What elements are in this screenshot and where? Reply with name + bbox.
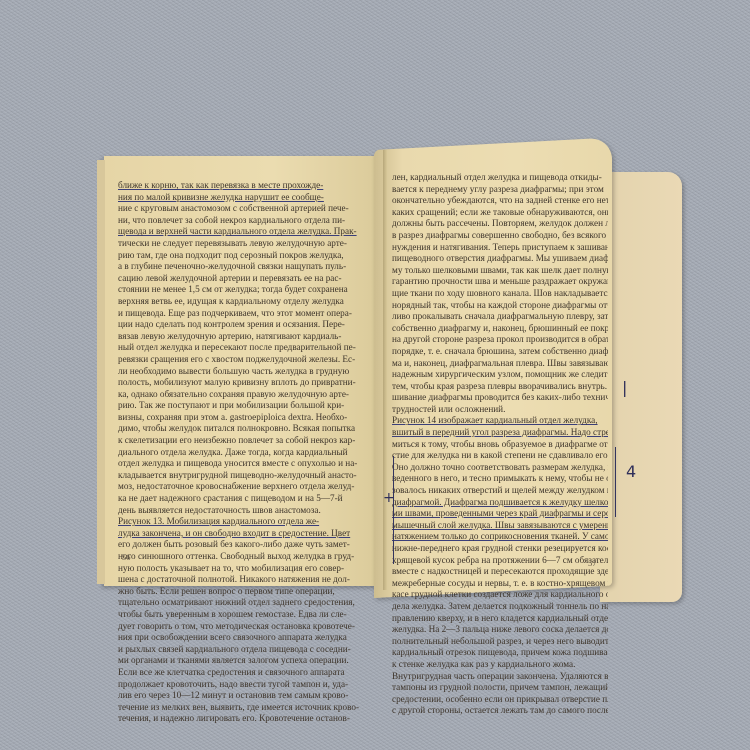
text-line: Рисунок 14 изображает кардиальный отдел … — [392, 415, 608, 427]
book-spine — [383, 150, 387, 590]
text-line: моз, недостаточное кровоснабжение верхне… — [118, 481, 380, 493]
text-line: ливо прокалывать сначала диафрагмальную … — [392, 311, 608, 323]
text-line: визны, сохраняя при этом a. gastroepiplo… — [118, 412, 380, 424]
text-line: ный отдел желудка и пересекают после пре… — [118, 342, 380, 354]
text-line: вязав левую желудочную артерию, натягива… — [118, 331, 380, 343]
text-line: ми швами, проведенными через край диафра… — [392, 508, 608, 520]
text-line: кардиальный отрезок пищевода, причем кож… — [392, 647, 608, 659]
text-line: му только шелковыми швами, так как шелк … — [392, 265, 608, 277]
text-line: в разрез диафрагмы совершенно свободно, … — [392, 230, 608, 242]
text-line: желудка. На 2—3 пальца ниже левого соска… — [392, 624, 608, 636]
text-line: собственно диафрагму и, наконец, брюшинн… — [392, 323, 608, 335]
text-line: миться к тому, чтобы вновь образуемое в … — [392, 439, 608, 451]
text-line: надежным хирургическим узлом, помощник ж… — [392, 369, 608, 381]
text-line: димо, чтобы желудок питался полнокровно.… — [118, 423, 380, 435]
text-line: Рисунок 13. Мобилизация кардиального отд… — [118, 516, 380, 528]
margin-plus-mark: + — [383, 490, 395, 506]
text-line: и рыхлых связей кардиального отдела пище… — [118, 644, 380, 656]
text-line: а в глубине печеночно-желудочной связки … — [118, 261, 380, 273]
text-line: ревязки сращения его с хвостом поджелудо… — [118, 354, 380, 366]
text-line: мышечный слой желудка. Швы завязываются … — [392, 520, 608, 532]
text-line: межреберные сосуды и нервы, т. е. в кост… — [392, 578, 608, 590]
text-line: касе грудной клетки создается ложе для к… — [392, 589, 608, 601]
text-line: тически не следует перевязывать левую же… — [118, 238, 380, 250]
text-line: норядный так, чтобы на каждой стороне ди… — [392, 300, 608, 312]
text-line: хрящевой кусок ребра на протяжении 6—7 с… — [392, 555, 608, 567]
text-line: щевода и верхней части кардиального отде… — [118, 226, 380, 238]
text-line: течения, и надежно лигировать его. Крово… — [118, 713, 380, 725]
text-line: веденного в него, и тесно примыкать к не… — [392, 473, 608, 485]
page-number-right: 57 — [588, 558, 597, 568]
text-line: жно быть. Если решен вопрос о первом тип… — [118, 586, 380, 598]
text-line: пищеводного отверстия диафрагмы. Мы ушив… — [392, 253, 608, 265]
text-line: отдел желудка и пищевода уносится вместе… — [118, 458, 380, 470]
text-line: полость, мобилизуют малую кривизну вплот… — [118, 377, 380, 389]
text-line: порядке, т. е. сначала брюшина, затем со… — [392, 346, 608, 358]
text-line: ли необходимо вывести большую часть желу… — [118, 366, 380, 378]
text-line: верхняя ветвь ее, идущая к кардиальному … — [118, 296, 380, 308]
text-line: продолжает кровоточить, надо ввести туго… — [118, 679, 380, 691]
text-line: стие для желудка ни в какой степени не с… — [392, 450, 608, 462]
text-line: чтобы быть уверенным в хорошем гемостазе… — [118, 609, 380, 621]
text-line: ную полость указывает на то, что мобилиз… — [118, 563, 380, 575]
text-line: к стенке желудка как раз у кардиального … — [392, 659, 608, 671]
text-line: дует говорить о том, что методическая ос… — [118, 621, 380, 633]
text-line: полнительный небольшой разрез, и через н… — [392, 636, 608, 648]
text-line: шена с достаточной полнотой. Никакого на… — [118, 574, 380, 586]
text-line: на другой стороне разреза прокол произво… — [392, 334, 608, 346]
text-line: и пищевода. Еще раз подчеркиваем, что эт… — [118, 308, 380, 320]
text-line: натяжением только до соприкосновения тка… — [392, 531, 608, 543]
text-line: диафрагмой. Диафрагма подшивается к желу… — [392, 497, 608, 509]
text-line: стоянии не менее 1,5 см от желудка; тогд… — [118, 284, 380, 296]
text-line: диального отдела желудка. Даже тогда, ко… — [118, 447, 380, 459]
text-line: ми органами и тканями является залогом у… — [118, 655, 380, 667]
text-line: средостении, особенно если он прикрывал … — [392, 694, 608, 706]
text-line: ции надо сделать под контролем зрения и … — [118, 319, 380, 331]
text-line: дела желудка. Затем делается подкожный т… — [392, 601, 608, 613]
text-line: ния по малой кривизне желудка нарушит ее… — [118, 192, 380, 204]
text-line: ние с круговым анастомозом с собственной… — [118, 203, 380, 215]
text-line: правлению кверху, и в него кладется кард… — [392, 613, 608, 625]
text-line: трудностей или осложнений. — [392, 404, 608, 416]
left-page-text: ближе к корню, так как перевязка в месте… — [118, 180, 380, 725]
text-line: вместе с надкостницей и пересекаются про… — [392, 566, 608, 578]
text-line: к скелетизации его неизбежно повлечет за… — [118, 435, 380, 447]
text-line: тампоны из грудной полости, причем тампо… — [392, 682, 608, 694]
text-line: течение из мелких вен, выявить, где имее… — [118, 702, 380, 714]
margin-number-mark: 4 — [626, 462, 636, 481]
text-line: с другой стороны, остается лежать там до… — [392, 705, 608, 717]
text-line: Внутригрудная часть операции закончена. … — [392, 671, 608, 683]
margin-bracket-right — [615, 447, 618, 517]
text-line: зовалось никаких отверстий и щелей между… — [392, 485, 608, 497]
text-line: лен, кардиальный отдел желудка и пищевод… — [392, 172, 608, 184]
margin-tick-mark: | — [622, 378, 627, 397]
text-line: кладывается внутригрудной пищеводно-желу… — [118, 470, 380, 482]
text-line: гарантию прочности шва и меньше раздража… — [392, 276, 608, 288]
text-line: нижне-переднего края грудной стенки резе… — [392, 543, 608, 555]
text-line: рию там, где она подходит под серозный п… — [118, 250, 380, 262]
text-line: Если все же клетчатка средостения и связ… — [118, 667, 380, 679]
text-line: рию. Так же поступают и при мобилизации … — [118, 400, 380, 412]
text-line: лив его через 10—12 минут и остановив те… — [118, 690, 380, 702]
text-line: нуждения и натягивания. Теперь приступае… — [392, 242, 608, 254]
text-line: каких сращений; если же таковые обнаружи… — [392, 207, 608, 219]
text-line: ного синюшного оттенка. Свободный выход … — [118, 551, 380, 563]
right-page-text: лен, кардиальный отдел желудка и пищевод… — [392, 172, 608, 717]
page-number-left: 56 — [122, 552, 131, 562]
text-line: вается к переднему углу разреза диафрагм… — [392, 184, 608, 196]
text-line: ния при освобождении всего связочного ап… — [118, 632, 380, 644]
text-line: ни, что повлечет за собой некроз кардиал… — [118, 215, 380, 227]
text-line: шивание диафрагмы проводится без каких-л… — [392, 392, 608, 404]
text-line: ближе к корню, так как перевязка в месте… — [118, 180, 380, 192]
photo-scene: о- д, l: ть у о- э- ближе к корню, так к… — [0, 0, 750, 750]
text-line: ма и, наконец, диафрагмальная плевра. Шв… — [392, 358, 608, 370]
text-line: его должен быть розовый без какого-либо … — [118, 539, 380, 551]
text-line: окончательно убеждаются, что на задней с… — [392, 195, 608, 207]
text-line: лудка закончена, и он свободно входит в … — [118, 528, 380, 540]
text-line: ка, однако обязательно сохраняя правую ж… — [118, 389, 380, 401]
text-line: день выявляется недостаточность швов ана… — [118, 505, 380, 517]
text-line: тщательно осматривают нижний отдел задне… — [118, 597, 380, 609]
text-line: вшитый в передний угол разреза диафрагмы… — [392, 427, 608, 439]
text-line: ка не дает надежного срастания с пищевод… — [118, 493, 380, 505]
text-line: Оно должно точно соответствовать размера… — [392, 462, 608, 474]
text-line: тем, чтобы края разреза плевры вворачива… — [392, 381, 608, 393]
text-line: должны быть рассечены. Повторяем, желудо… — [392, 218, 608, 230]
text-line: щие ткани по ходу шовного канала. Шов на… — [392, 288, 608, 300]
margin-bracket-left — [393, 456, 396, 564]
text-line: сацию левой желудочной артерии и перевяз… — [118, 273, 380, 285]
